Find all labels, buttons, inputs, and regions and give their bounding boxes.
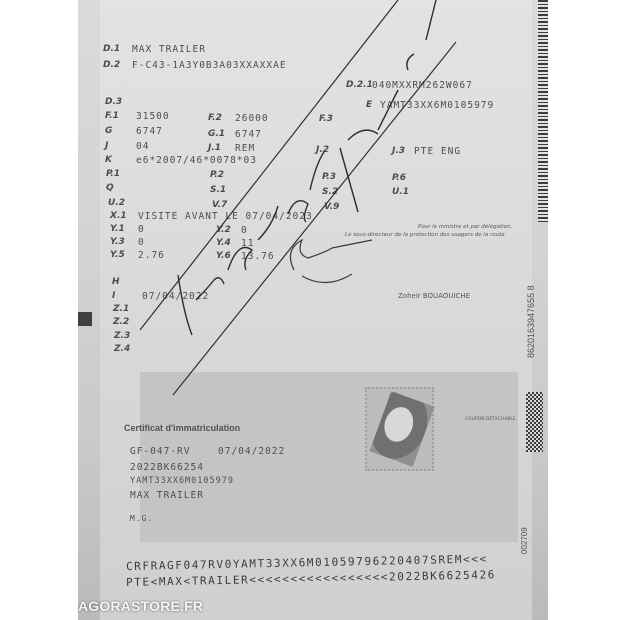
binder-tab [78,312,92,326]
document-photo: D.1 MAX TRAILER D.2 F-C43-1A3Y0B3A03XXAX… [78,0,548,620]
watermark: AGORASTORE.FR [78,598,203,614]
handwritten-annotation [78,0,548,620]
